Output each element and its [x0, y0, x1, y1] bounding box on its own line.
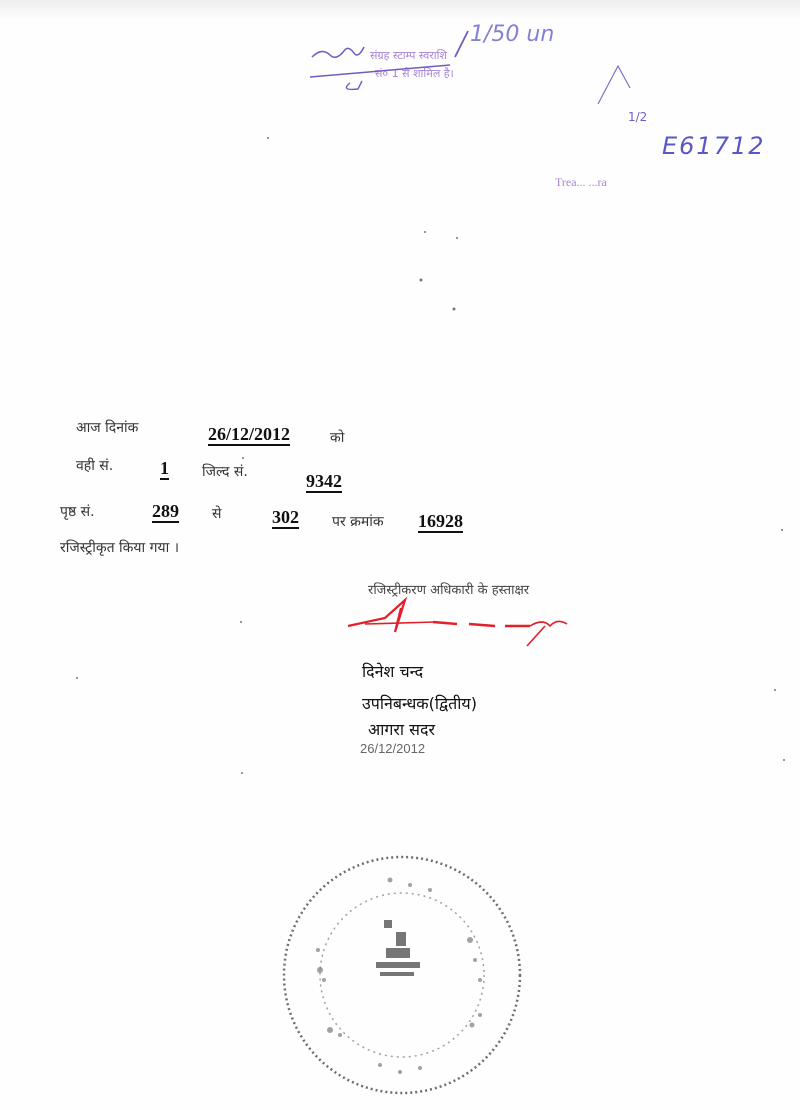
document-page: 1/50 un संग्रह स्टाम्प स्वराशि सं० 1 से … — [0, 0, 800, 1110]
scan-specks — [0, 0, 800, 1110]
